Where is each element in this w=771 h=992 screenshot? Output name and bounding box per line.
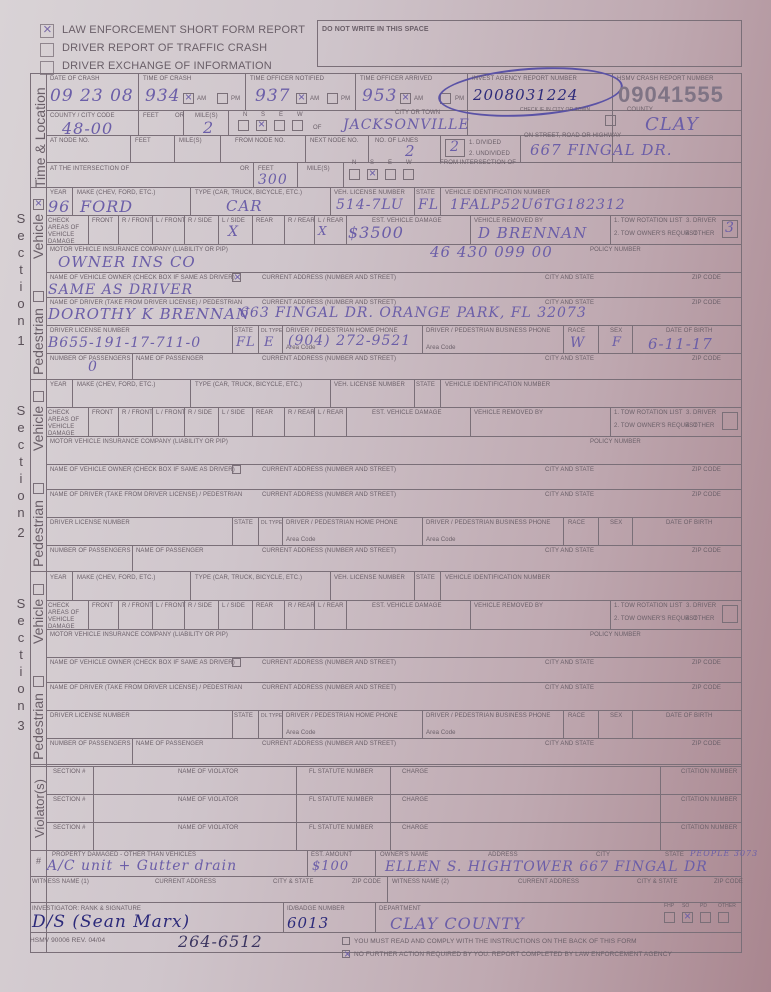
pedestrian-section-checkbox[interactable] xyxy=(33,676,44,687)
violator-header: NAME OF VIOLATOR xyxy=(178,797,238,803)
notified-am-checkbox[interactable] xyxy=(296,93,307,104)
county: CLAY xyxy=(645,114,699,135)
vehicle-section-checkbox[interactable] xyxy=(33,584,44,595)
number-of-passengers: 0 xyxy=(88,359,98,375)
tow-code: 3 xyxy=(725,220,735,236)
county-city-code: 48-00 xyxy=(62,119,113,138)
time-of-crash: 934 xyxy=(145,86,180,106)
driver-sex: F xyxy=(612,335,622,350)
city-or-town: JACKSONVILLE xyxy=(343,117,470,133)
intersection-n-checkbox[interactable] xyxy=(349,169,360,180)
notified-pm-checkbox[interactable] xyxy=(327,93,338,104)
section-number: 2 xyxy=(15,525,27,540)
date-of-crash: 09 23 08 xyxy=(50,86,134,106)
direction-n-checkbox[interactable] xyxy=(238,120,249,131)
agency-fhp-checkbox[interactable] xyxy=(664,912,675,923)
agency-pd-checkbox[interactable] xyxy=(700,912,711,923)
vehicle-section-checkbox[interactable] xyxy=(33,391,44,402)
feet-from-intersection: 300 xyxy=(258,172,288,188)
vehicle-vin: 1FALP52U6TG182312 xyxy=(450,197,626,213)
time-of-crash-pm-checkbox[interactable] xyxy=(217,93,228,104)
section-letter: e xyxy=(15,420,27,435)
driver-name: DOROTHY K BRENNAN xyxy=(48,305,250,323)
violator-header: CITATION NUMBER xyxy=(681,825,737,831)
policy-number: 46 430 099 00 xyxy=(430,243,553,261)
section-letter: t xyxy=(15,454,27,469)
damage-l-side-mark: X xyxy=(228,224,239,240)
miles: 2 xyxy=(203,118,214,137)
violator-header: SECTION # xyxy=(53,769,86,775)
violator-header: CITATION NUMBER xyxy=(681,769,737,775)
notice2-checkbox[interactable] xyxy=(342,950,350,958)
section-number: 1 xyxy=(15,333,27,348)
time-officer-notified: 937 xyxy=(255,86,290,106)
agency-so-checkbox[interactable] xyxy=(682,912,693,923)
pedestrian-label: Pedestrian xyxy=(30,500,46,567)
vehicle-year: 96 xyxy=(48,197,70,216)
damage-l-rear-mark: X xyxy=(318,224,328,238)
agency-other-checkbox[interactable] xyxy=(718,912,729,923)
notice1-checkbox[interactable] xyxy=(342,937,350,945)
driver-address: 663 FINGAL DR. ORANGE PARK, FL 32073 xyxy=(240,305,587,321)
arrived-am-checkbox[interactable] xyxy=(400,93,411,104)
vehicle-section-checkbox[interactable] xyxy=(33,199,44,210)
direction-s-checkbox[interactable] xyxy=(256,120,267,131)
section-letter: e xyxy=(15,228,27,243)
section-letter: S xyxy=(15,403,27,418)
form-number: HSMV 90006 Rev. 04/04 xyxy=(30,937,105,944)
section-letter: o xyxy=(15,681,27,696)
section-number: 3 xyxy=(15,718,27,733)
department: CLAY COUNTY xyxy=(390,914,525,933)
section-letter: i xyxy=(15,471,27,486)
pedestrian-section-checkbox[interactable] xyxy=(33,291,44,302)
violator-header: FL STATUTE NUMBER xyxy=(309,797,373,803)
section-letter: e xyxy=(15,613,27,628)
vehicle-label: Vehicle xyxy=(30,406,46,451)
section-letter: t xyxy=(15,647,27,662)
vehicle-label: Vehicle xyxy=(30,214,46,259)
violator-header: CHARGE xyxy=(402,825,428,831)
on-street: 667 FINGAL DR. xyxy=(530,141,673,159)
tow-code-box[interactable] xyxy=(722,412,738,430)
insurance-company: OWNER INS CO xyxy=(58,253,196,271)
est-vehicle-damage: $3500 xyxy=(348,223,404,242)
intersection-s-checkbox[interactable] xyxy=(367,169,378,180)
pedestrian-label: Pedestrian xyxy=(30,308,46,375)
section-letter: n xyxy=(15,698,27,713)
do-not-write-label: DO NOT WRITE IN THIS SPACE xyxy=(322,26,429,33)
violator-header: CHARGE xyxy=(402,797,428,803)
crash-report-form: LAW ENFORCEMENT SHORT FORM REPORT DRIVER… xyxy=(0,0,771,992)
report-type-label: DRIVER EXCHANGE OF INFORMATION xyxy=(62,60,272,72)
same-as-driver-checkbox[interactable] xyxy=(232,658,241,667)
invest-agency-report-number: 2008031224 xyxy=(473,86,578,104)
section-letter: i xyxy=(15,279,27,294)
driver-race: W xyxy=(570,335,585,351)
section-letter: c xyxy=(15,245,27,260)
driver-license-state: FL xyxy=(236,335,256,350)
hsmv-crash-report-number: 09041555 xyxy=(618,82,724,108)
section-letter: c xyxy=(15,437,27,452)
vehicle-label: Vehicle xyxy=(30,599,46,644)
time-officer-arrived: 953 xyxy=(362,86,397,106)
pedestrian-label: Pedestrian xyxy=(30,693,46,760)
direction-w-checkbox[interactable] xyxy=(292,120,303,131)
section-letter: c xyxy=(15,630,27,645)
in-city-checkbox[interactable] xyxy=(605,115,616,126)
report-type-checkbox-driver-report[interactable] xyxy=(40,43,54,57)
property-owner: ELLEN S. HIGHTOWER 667 FINGAL DR xyxy=(385,859,708,875)
property-est-amount: $100 xyxy=(312,859,349,874)
violator-header: NAME OF VIOLATOR xyxy=(178,769,238,775)
violator-header: SECTION # xyxy=(53,825,86,831)
driver-home-phone: (904) 272-9521 xyxy=(288,333,411,349)
vehicle-removed-by: D BRENNAN xyxy=(478,224,587,242)
violators-label: Violator(s) xyxy=(32,779,47,838)
section-letter: i xyxy=(15,664,27,679)
violator-header: FL STATUTE NUMBER xyxy=(309,769,373,775)
same-as-driver-checkbox[interactable] xyxy=(232,273,241,282)
same-as-driver-checkbox[interactable] xyxy=(232,465,241,474)
divided-code: 2 xyxy=(450,139,460,155)
section-letter: n xyxy=(15,313,27,328)
vehicle-make: FORD xyxy=(80,197,133,216)
intersection-e-checkbox[interactable] xyxy=(385,169,396,180)
number-of-lanes: 2 xyxy=(405,142,416,160)
section-letter: o xyxy=(15,296,27,311)
section-letter: S xyxy=(15,211,27,226)
badge-number: 6013 xyxy=(287,914,329,932)
report-type-label: DRIVER REPORT OF TRAFFIC CRASH xyxy=(62,42,267,54)
intersection-w-checkbox[interactable] xyxy=(403,169,414,180)
vehicle-owner: SAME AS DRIVER xyxy=(48,282,193,298)
direction-e-checkbox[interactable] xyxy=(274,120,285,131)
violator-header: CITATION NUMBER xyxy=(681,797,737,803)
pedestrian-section-checkbox[interactable] xyxy=(33,483,44,494)
vehicle-state: FL xyxy=(418,197,439,213)
report-type-checkbox-law-enforcement[interactable] xyxy=(40,24,54,38)
time-of-crash-am-checkbox[interactable] xyxy=(183,93,194,104)
investigator-phone: 264-6512 xyxy=(178,932,263,951)
violator-header: SECTION # xyxy=(53,797,86,803)
vehicle-license: 514-7LU xyxy=(336,197,404,213)
violator-header: FL STATUTE NUMBER xyxy=(309,825,373,831)
report-type-label: LAW ENFORCEMENT SHORT FORM REPORT xyxy=(62,24,305,36)
tow-code-box[interactable] xyxy=(722,605,738,623)
property-state-note: PEOPLE 3073 xyxy=(690,849,758,858)
violator-header: NAME OF VIOLATOR xyxy=(178,825,238,831)
section-letter: n xyxy=(15,505,27,520)
investigator-signature: D/S (Sean Marx) xyxy=(32,912,190,932)
driver-dob: 6-11-17 xyxy=(648,335,713,353)
driver-license-type: E xyxy=(264,335,275,350)
violator-header: CHARGE xyxy=(402,769,428,775)
section-letter: o xyxy=(15,488,27,503)
property-damaged: A/C unit + Gutter drain xyxy=(47,858,237,874)
vehicle-type: CAR xyxy=(226,197,263,215)
time-location-label: Time & Location xyxy=(32,87,48,188)
section-letter: S xyxy=(15,596,27,611)
driver-license-number: B655-191-17-711-0 xyxy=(48,335,201,351)
section-letter: t xyxy=(15,262,27,277)
